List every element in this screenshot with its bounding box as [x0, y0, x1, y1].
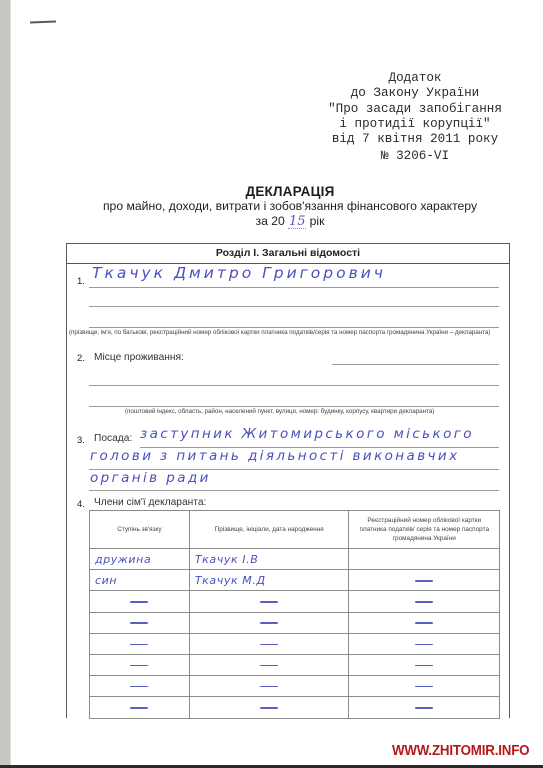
relation-cell[interactable] [90, 591, 190, 612]
field-line [89, 306, 499, 307]
tax-id-cell[interactable] [349, 549, 500, 570]
dash-mark [415, 665, 433, 667]
field-caption: (поштовий індекс, область, район, населе… [125, 408, 434, 415]
name-cell[interactable] [189, 591, 349, 612]
field-line [89, 327, 499, 328]
relation-cell[interactable] [90, 676, 190, 697]
dash-mark [130, 601, 148, 603]
tax-id-cell[interactable] [349, 633, 500, 654]
name-cell[interactable] [189, 612, 349, 633]
name-cell[interactable] [189, 697, 349, 718]
year-prefix: за 20 [256, 214, 285, 228]
table-row [90, 633, 500, 654]
column-header-name: Прізвище, ініціали, дата народження [189, 511, 349, 549]
relation-cell[interactable] [90, 612, 190, 633]
table-row: дружинаТкачук І.В [90, 549, 500, 570]
name-cell[interactable] [189, 676, 349, 697]
pen-mark [30, 21, 56, 24]
field-line [89, 287, 499, 288]
position-field[interactable]: заступник Житомирського міського [140, 426, 474, 442]
appendix-line: "Про засади запобігання [300, 102, 530, 117]
document-subtitle: про майно, доходи, витрати і зобов'язанн… [60, 199, 520, 214]
dash-mark [415, 644, 433, 646]
year-field[interactable]: 15 [288, 216, 306, 229]
residence-field[interactable] [332, 364, 499, 365]
dash-mark [260, 686, 278, 688]
table-row [90, 612, 500, 633]
dash-mark [260, 665, 278, 667]
dash-mark [260, 644, 278, 646]
column-header-relation: Ступінь зв'язку [90, 511, 190, 549]
position-field[interactable]: органів ради [90, 470, 211, 486]
table-row [90, 697, 500, 718]
dash-mark [415, 686, 433, 688]
dash-mark [130, 707, 148, 709]
declarant-name-field[interactable]: Ткачук Дмитро Григорович [92, 264, 386, 282]
dash-mark [130, 644, 148, 646]
dash-mark [260, 601, 278, 603]
dash-mark [415, 707, 433, 709]
residence-label: Місце проживання: [94, 352, 184, 363]
relation-cell[interactable] [90, 633, 190, 654]
dash-mark [130, 665, 148, 667]
appendix-line: № 3206-VI [300, 149, 530, 164]
table-row: синТкачук М.Д [90, 570, 500, 591]
appendix-line: до Закону України [300, 86, 530, 101]
name-cell[interactable]: Ткачук І.В [189, 549, 349, 570]
appendix-line: від 7 квітня 2011 року [300, 132, 530, 147]
tax-id-cell[interactable] [349, 697, 500, 718]
appendix-note: Додаток до Закону України "Про засади за… [300, 71, 530, 165]
table-row [90, 591, 500, 612]
dash-mark [415, 622, 433, 624]
name-cell[interactable] [189, 633, 349, 654]
dash-mark [415, 601, 433, 603]
family-label: Члени сім'ї декларанта: [94, 497, 206, 508]
declaration-header: ДЕКЛАРАЦІЯ про майно, доходи, витрати і … [60, 184, 520, 229]
section-title: Розділ І. Загальні відомості [67, 244, 509, 264]
field-number: 3. [77, 435, 85, 446]
site-watermark: WWW.ZHITOMIR.INFO [392, 743, 529, 759]
residence-field[interactable] [89, 406, 499, 407]
field-number: 4. [77, 499, 85, 510]
year-suffix: рік [310, 214, 325, 228]
tax-id-cell[interactable] [349, 570, 500, 591]
dash-mark [415, 580, 433, 582]
field-caption: (прізвище, ім'я, по батькові, реєстрацій… [69, 329, 490, 336]
dash-mark [260, 622, 278, 624]
year-line: за 20 15 рік [60, 214, 520, 229]
table-row [90, 676, 500, 697]
appendix-line: і протидії корупції" [300, 117, 530, 132]
dash-mark [130, 622, 148, 624]
document-title: ДЕКЛАРАЦІЯ [60, 184, 520, 199]
tax-id-cell[interactable] [349, 676, 500, 697]
field-line [89, 490, 499, 491]
position-field[interactable]: голови з питань діяльності виконавчих [90, 448, 460, 464]
table-row [90, 654, 500, 675]
dash-mark [130, 686, 148, 688]
relation-cell[interactable] [90, 654, 190, 675]
field-number: 2. [77, 353, 85, 364]
table-header-row: Ступінь зв'язку Прізвище, ініціали, дата… [90, 511, 500, 549]
name-cell[interactable]: Ткачук М.Д [189, 570, 349, 591]
tax-id-cell[interactable] [349, 612, 500, 633]
scan-edge [0, 0, 11, 768]
relation-cell[interactable]: син [90, 570, 190, 591]
relation-cell[interactable]: дружина [90, 549, 190, 570]
relation-cell[interactable] [90, 697, 190, 718]
family-members-table: Ступінь зв'язку Прізвище, ініціали, дата… [89, 510, 500, 719]
tax-id-cell[interactable] [349, 654, 500, 675]
dash-mark [260, 707, 278, 709]
appendix-line: Додаток [300, 71, 530, 86]
field-number: 1. [77, 276, 85, 287]
column-header-tax-id: Реєстраційний номер облікової картки пла… [349, 511, 500, 549]
tax-id-cell[interactable] [349, 591, 500, 612]
position-label: Посада: [94, 433, 132, 444]
name-cell[interactable] [189, 654, 349, 675]
residence-field[interactable] [89, 385, 499, 386]
